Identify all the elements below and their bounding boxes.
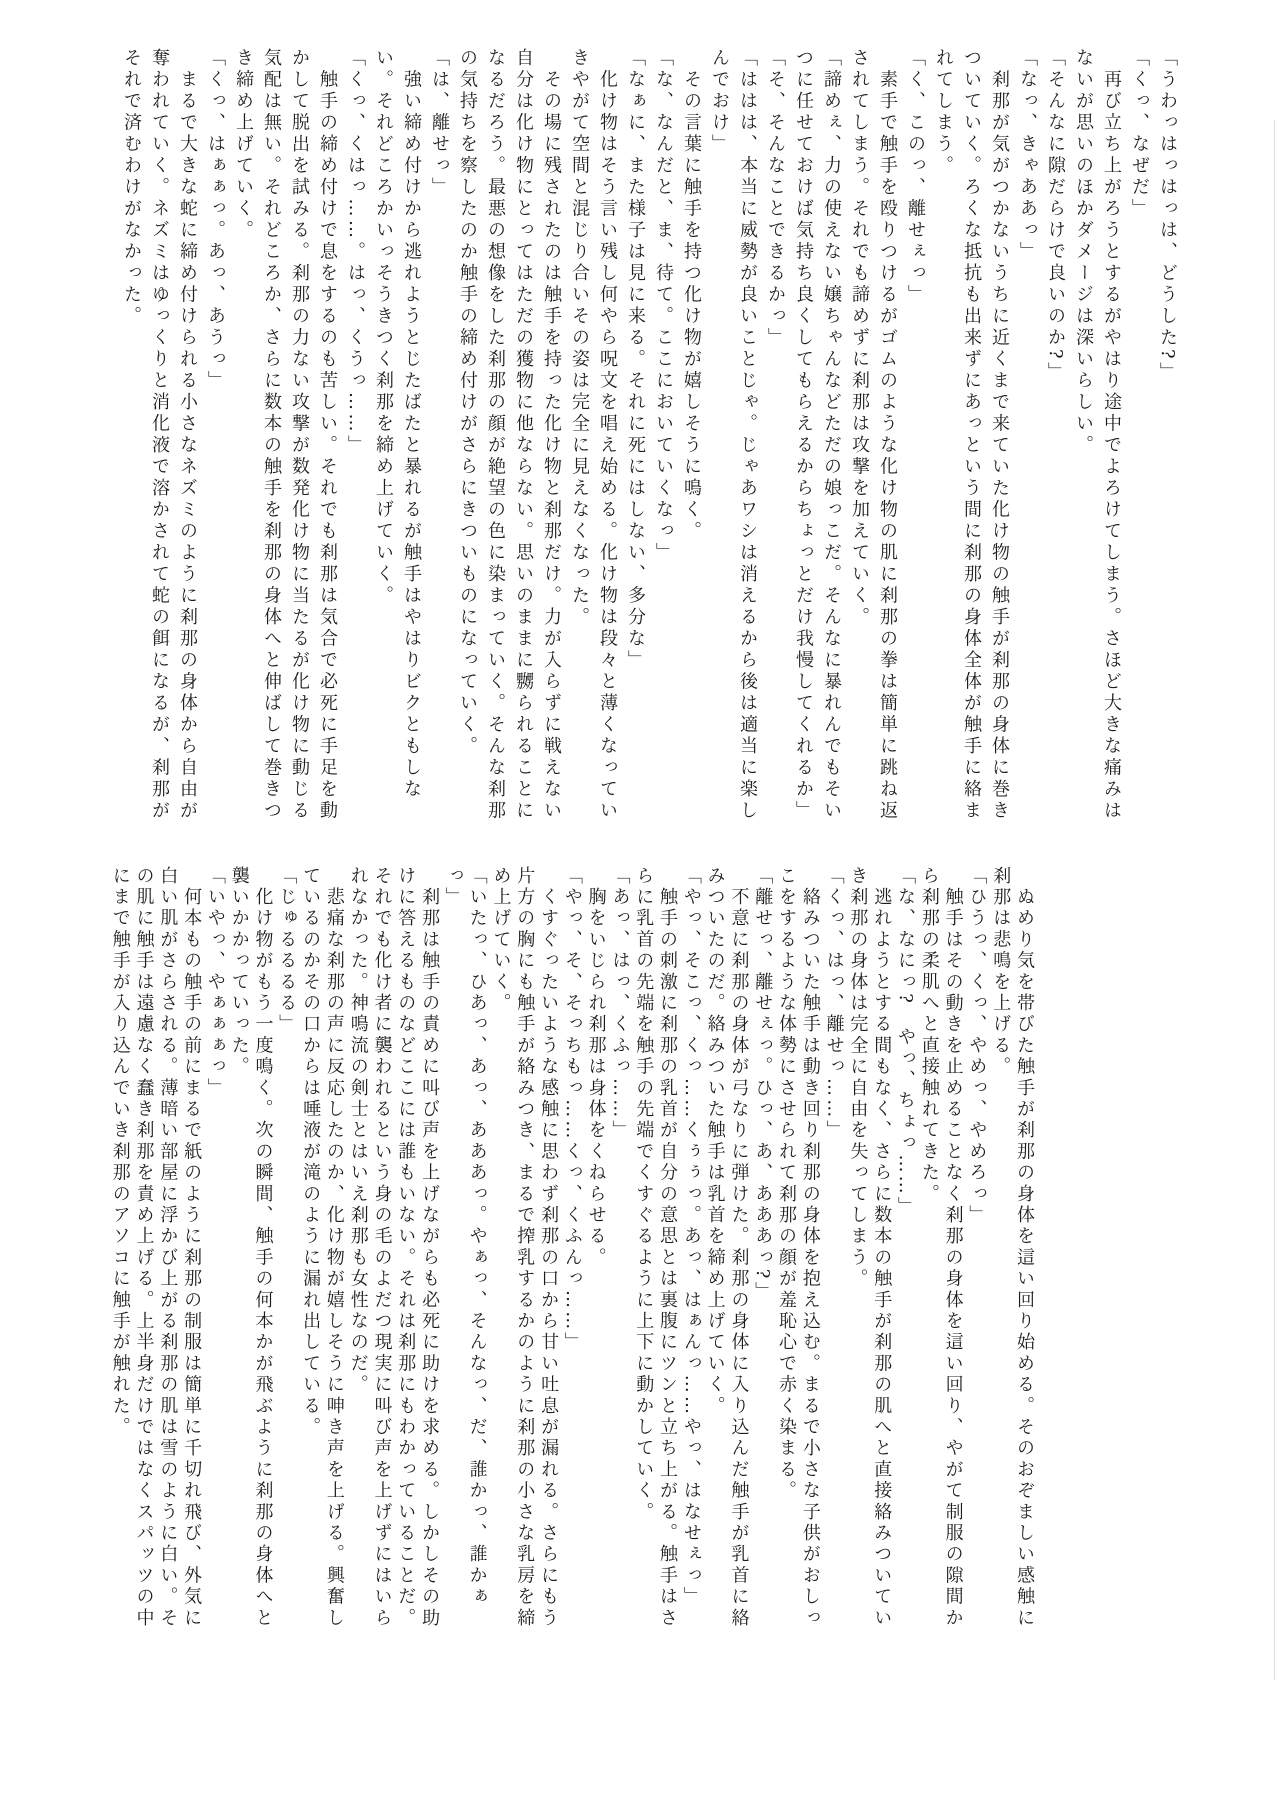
paragraph: 強い締め付けから逃れようとじたばたと暴れるが触手はやはりビクともしない。それどこ… bbox=[369, 48, 425, 826]
paragraph: その場に残されたのは触手を持った化け物と刹那だけ。力が入らずに戦えない自分は化け… bbox=[453, 48, 565, 826]
paragraph: 再び立ち上がろうとするがやはり途中でよろけてしまう。さほど大きな痛みはないが思い… bbox=[1069, 48, 1125, 826]
paragraph: 化け物がもう一度鳴く。次の瞬間、触手の何本かが飛ぶように刹那の身体へと襲いかかっ… bbox=[227, 866, 275, 1636]
paragraph: 「く、このっ、離せぇっ」 bbox=[901, 48, 929, 826]
paragraph: 悲痛な刹那の声に反応したのか、化け物が嬉しそうに呻き声を上げる。興奮しているのか… bbox=[298, 866, 346, 1636]
paragraph: 「くっ、はぁぁっ。あっ、あうっ」 bbox=[201, 48, 229, 826]
paragraph: 「いたっ、ひあっ、あっ、あああっ。やぁっ、そんなっ、だ、誰かっ、誰かぁっ」 bbox=[441, 866, 489, 1636]
paragraph: くすぐったいような感触に思わず刹那の口から甘い吐息が漏れる。さらにもう片方の胸に… bbox=[489, 866, 560, 1636]
bottom-page-text-block: ぬめり気を帯びた触手が刹那の身体を這い回り始める。そのおぞましい感触に刹那は悲鳴… bbox=[130, 866, 1036, 1636]
paragraph: 「な、なんだと、ま、待て。ここにおいていくなっ」 bbox=[649, 48, 677, 826]
paragraph: 「くっ、なぜだ」 bbox=[1125, 48, 1153, 826]
paragraph: 「いやっ、やぁぁぁっ」 bbox=[203, 866, 227, 1636]
paragraph: 「あっ、はっ、くふっ……」 bbox=[608, 866, 632, 1636]
paragraph: 刹那は触手の責めに叫び声を上げながらも必死に助けを求める。しかしその助けに答える… bbox=[346, 866, 441, 1636]
paragraph: 触手の締め付けで息をするのも苦しい。それでも刹那は気合で必死に手足を動かして脱出… bbox=[229, 48, 341, 826]
paragraph: 「は、離せっ」 bbox=[425, 48, 453, 826]
paragraph: 「そんなに隙だらけで良いのか?」 bbox=[1041, 48, 1069, 826]
paragraph: 「なっ、きゃああっ」 bbox=[1013, 48, 1041, 826]
top-page-text-block: 「うわっはっはっは、どうした?」「くっ、なぜだ」 再び立ち上がろうとするがやはり… bbox=[114, 48, 1181, 826]
paragraph: 「やっ、そ、そっちもっ……くっ、くふんっ……」 bbox=[560, 866, 584, 1636]
paragraph: 「そ、そんなことできるかっ」 bbox=[761, 48, 789, 826]
paragraph: まるで大きな蛇に締め付けられる小さなネズミのように刹那の身体から自由が奪われてい… bbox=[117, 48, 201, 826]
paragraph: 触手の刺激に刹那の乳首が自分の意思とは裏腹にツンと立ち上がる。触手はさらに乳首の… bbox=[631, 866, 679, 1636]
scan-edge-artifact bbox=[1274, 120, 1275, 1680]
paragraph: 素手で触手を殴りつけるがゴムのような化け物の肌に刹那の拳は簡単に跳ね返されてしま… bbox=[845, 48, 901, 826]
paragraph: その言葉に触手を持つ化け物が嬉しそうに鳴く。 bbox=[677, 48, 705, 826]
paragraph: 化け物はそう言い残し何やら呪文を唱え始める。化け物は段々と薄くなっていきやがて空… bbox=[565, 48, 621, 826]
paragraph: 「なぁに、また様子は見に来る。それに死にはしない、多分な」 bbox=[621, 48, 649, 826]
paragraph: 何本もの触手の前にまるで紙のように刹那の制服は簡単に千切れ飛び、外気に白い肌がさ… bbox=[108, 866, 203, 1636]
paragraph: 「ひうっ、くっ、やめっ、やめろっ」 bbox=[965, 866, 989, 1636]
paragraph: 「ははは、本当に威勢が良いことじゃ。じゃあワシは消えるから後は適当に楽しんでおけ… bbox=[705, 48, 761, 826]
paragraph: 絡みついた触手は動き回り刹那の身体を抱え込む。まるで小さな子供がおしっこをするよ… bbox=[774, 866, 822, 1636]
paragraph: 「離せっ、離せぇっ。ひっ、あ、あああっ?」 bbox=[750, 866, 774, 1636]
paragraph: 触手はその動きを止めることなく刹那の身体を這い回り、やがて制服の隙間から刹那の柔… bbox=[917, 866, 965, 1636]
paragraph: 「やっ、そこっ、くっ……くぅぅっ。あっ、はぁんっ……やっ、はなせぇっ」 bbox=[679, 866, 703, 1636]
paragraph: 「じゅるるるる」 bbox=[275, 866, 299, 1636]
paragraph: 「うわっはっはっは、どうした?」 bbox=[1153, 48, 1181, 826]
paragraph: 不意に刹那の身体が弓なりに弾けた。刹那の身体に入り込んだ触手が乳首に絡みついたの… bbox=[703, 866, 751, 1636]
paragraph: ぬめり気を帯びた触手が刹那の身体を這い回り始める。そのおぞましい感触に刹那は悲鳴… bbox=[988, 866, 1036, 1636]
paragraph: 逃れようとする間もなく、さらに数本の触手が刹那の肌へと直接絡みついていき刹那の身… bbox=[846, 866, 894, 1636]
paragraph: 「な、なにっ? やっ、ちょっ……」 bbox=[893, 866, 917, 1636]
paragraph: 「くっ、はっ、離せっ……」 bbox=[822, 866, 846, 1636]
scanned-novel-page: 「うわっはっはっは、どうした?」「くっ、なぜだ」 再び立ち上がろうとするがやはり… bbox=[0, 0, 1280, 1817]
paragraph: 刹那が気がつかないうちに近くまで来ていた化け物の触手が刹那の身体に巻きついていく… bbox=[929, 48, 1013, 826]
paragraph: 「諦めぇ、力の使えない嬢ちゃんなどただの娘っこだ。そんなに暴れんでもそいつに任せ… bbox=[789, 48, 845, 826]
paragraph: 胸をいじられ刹那は身体をくねらせる。 bbox=[584, 866, 608, 1636]
paragraph: 「くっ、くはっ……。はっ、くうっ……」 bbox=[341, 48, 369, 826]
